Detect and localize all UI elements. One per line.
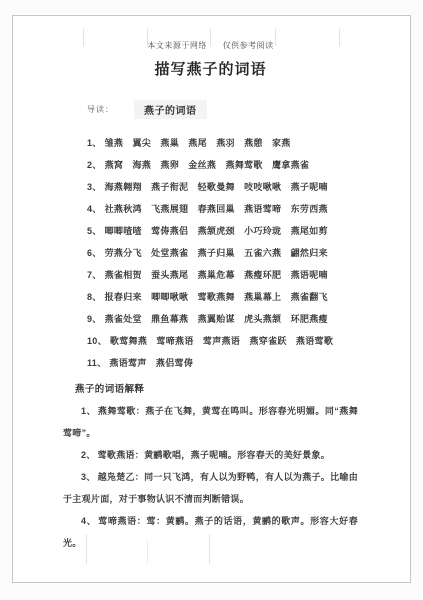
lead-label: 导读：: [87, 104, 114, 115]
word-list-row: 3、海燕翱翔 燕子衔泥 轻歌曼舞 吱吱啾啾 燕子呢喃: [63, 176, 358, 198]
word-row-number: 1、: [87, 138, 102, 148]
source-note: 本文来源于网络: [147, 40, 207, 51]
word-row-words: 报春归来 唧唧啾啾 莺歌燕舞 燕巢幕上 燕雀翻飞: [105, 292, 328, 302]
explanation-number: 1、: [81, 406, 96, 416]
explanation-paragraph: 3、越凫楚乙：同一只飞鸿，有人以为野鸭，有人以为燕子。比喻由于主观片面，对于事物…: [63, 466, 358, 510]
document-page: 本文来源于网络 仅供参考阅读 描写燕子的词语 导读： 燕子的词语 1、雏燕 翼尖…: [12, 15, 411, 583]
ruler-tick: [147, 29, 148, 46]
word-row-number: 2、: [87, 160, 102, 170]
word-row-number: 10、: [87, 336, 107, 346]
word-list-row: 1、雏燕 翼尖 燕巢 燕尾 燕羽 燕憩 家燕: [63, 132, 358, 154]
word-row-words: 社燕秋鸿 飞燕展翅 春燕回巢 燕语莺啼 东劳西燕: [105, 204, 328, 214]
explanation-number: 3、: [81, 472, 96, 482]
word-row-number: 7、: [87, 270, 102, 280]
word-list: 1、雏燕 翼尖 燕巢 燕尾 燕羽 燕憩 家燕 2、燕窝 海燕 燕卵 金丝燕 燕舞…: [63, 132, 358, 374]
explanation-text: 莺歌燕语：黄鹂歌唱，燕子呢喃。形容春天的美好景象。: [98, 450, 331, 460]
ruler-tick: [209, 534, 210, 564]
word-row-number: 5、: [87, 226, 102, 236]
explanation-text: 燕舞莺歌：燕子在飞舞，黄莺在鸣叫。形容春光明媚。同“燕舞莺啼”。: [63, 406, 358, 438]
word-row-words: 燕雀相贺 蚕头燕尾 燕巢危幕 燕瘦环肥 燕语呢喃: [105, 270, 328, 280]
word-row-words: 雏燕 翼尖 燕巢 燕尾 燕羽 燕憩 家燕: [105, 138, 291, 148]
word-row-number: 3、: [87, 182, 102, 192]
word-list-row: 6、劳燕分飞 处堂燕雀 燕子归巢 五雀六燕 翩然归来: [63, 242, 358, 264]
ruler-tick: [86, 534, 87, 564]
word-list-row: 7、燕雀相贺 蚕头燕尾 燕巢危幕 燕瘦环肥 燕语呢喃: [63, 264, 358, 286]
word-row-words: 燕雀处堂 鼎鱼幕燕 燕翼贻谋 虎头燕颔 环肥燕瘦: [105, 314, 328, 324]
word-list-row: 4、社燕秋鸿 飞燕展翅 春燕回巢 燕语莺啼 东劳西燕: [63, 198, 358, 220]
ruler-tick: [147, 540, 148, 564]
ruler-tick: [83, 29, 84, 46]
word-row-number: 6、: [87, 248, 102, 258]
explanation-paragraph: 4、莺啼燕语：莺：黄鹂。燕子的话语，黄鹂的歌声。形容大好春光。: [63, 510, 358, 554]
explanation-paragraph: 1、燕舞莺歌：燕子在飞舞，黄莺在鸣叫。形容春光明媚。同“燕舞莺啼”。: [63, 400, 358, 444]
explanations-heading: 燕子的词语解释: [75, 381, 358, 395]
word-row-words: 歌莺舞燕 莺啼燕语 莺声燕语 燕穿雀跃 燕语莺歌: [110, 336, 333, 346]
explanation-paragraph: 2、莺歌燕语：黄鹂歌唱，燕子呢喃。形容春天的美好景象。: [63, 444, 358, 466]
word-row-words: 燕语莺声 燕侣莺俦: [109, 358, 193, 368]
word-list-row: 8、报春归来 唧唧啾啾 莺歌燕舞 燕巢幕上 燕雀翻飞: [63, 286, 358, 308]
page-title: 描写燕子的词语: [63, 58, 358, 79]
explanation-text: 越凫楚乙：同一只飞鸿，有人以为野鸭，有人以为燕子。比喻由于主观片面，对于事物认识…: [63, 472, 358, 504]
explanations-list: 1、燕舞莺歌：燕子在飞舞，黄莺在鸣叫。形容春光明媚。同“燕舞莺啼”。 2、莺歌燕…: [63, 400, 358, 554]
explanation-number: 4、: [81, 516, 96, 526]
word-row-number: 9、: [87, 314, 102, 324]
ruler-tick: [339, 29, 340, 46]
ruler-tick: [210, 29, 211, 46]
word-row-number: 4、: [87, 204, 102, 214]
word-row-number: 11、: [87, 358, 106, 368]
word-row-words: 唧唧喳喳 莺俦燕侣 燕颔虎颈 小巧玲珑 燕尾如剪: [105, 226, 328, 236]
document-background: 本文来源于网络 仅供参考阅读 描写燕子的词语 导读： 燕子的词语 1、雏燕 翼尖…: [0, 0, 423, 600]
explanation-number: 2、: [81, 450, 96, 460]
word-row-words: 海燕翱翔 燕子衔泥 轻歌曼舞 吱吱啾啾 燕子呢喃: [105, 182, 328, 192]
ruler-tick: [275, 29, 276, 46]
word-row-number: 8、: [87, 292, 102, 302]
word-list-row: 2、燕窝 海燕 燕卵 金丝燕 燕舞莺歌 鹰拿燕雀: [63, 154, 358, 176]
explanation-text: 莺啼燕语：莺：黄鹂。燕子的话语，黄鹂的歌声。形容大好春光。: [63, 516, 358, 548]
reference-note: 仅供参考阅读: [223, 40, 274, 51]
word-row-words: 燕窝 海燕 燕卵 金丝燕 燕舞莺歌 鹰拿燕雀: [105, 160, 310, 170]
lead-row: 导读： 燕子的词语: [63, 100, 358, 119]
word-list-row: 9、燕雀处堂 鼎鱼幕燕 燕翼贻谋 虎头燕颔 环肥燕瘦: [63, 308, 358, 330]
word-list-row: 10、歌莺舞燕 莺啼燕语 莺声燕语 燕穿雀跃 燕语莺歌: [63, 330, 358, 352]
word-row-words: 劳燕分飞 处堂燕雀 燕子归巢 五雀六燕 翩然归来: [105, 248, 328, 258]
lead-value: 燕子的词语: [134, 100, 207, 119]
word-list-row: 11、燕语莺声 燕侣莺俦: [63, 352, 358, 374]
word-list-row: 5、唧唧喳喳 莺俦燕侣 燕颔虎颈 小巧玲珑 燕尾如剪: [63, 220, 358, 242]
